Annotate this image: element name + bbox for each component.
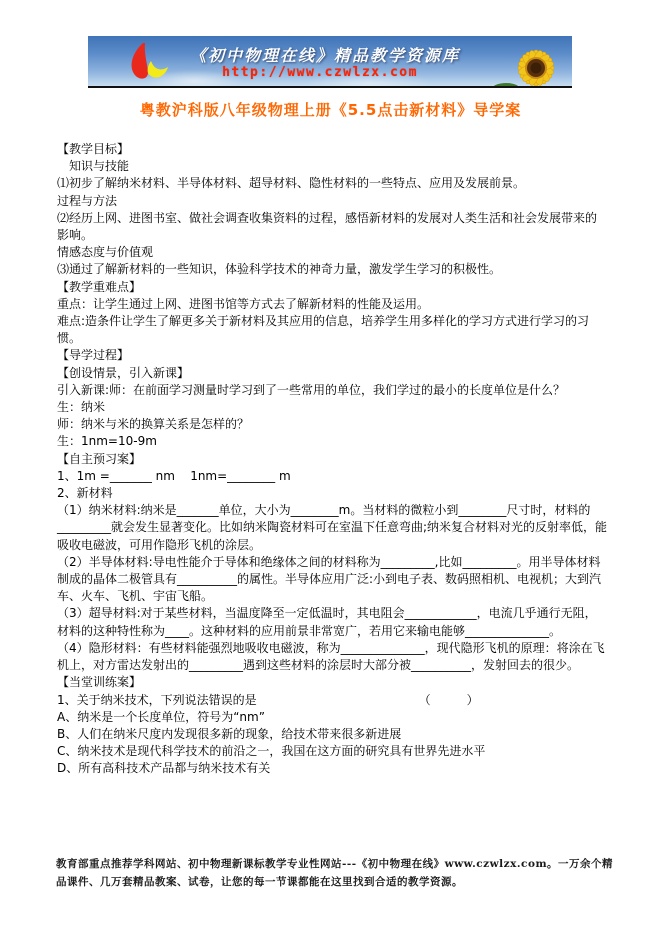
doc-paragraph: ⑵经历上网、进图书室、做社会调查收集资料的过程，感悟新材料的发展对人类生活和社会… (57, 210, 608, 244)
doc-paragraph: 【创设情景，引入新课】 (57, 365, 608, 382)
doc-paragraph: 过程与方法 (57, 193, 608, 210)
doc-paragraph: （3）超导材料:对于某些材料，当温度降至一定低温时，其电阻会__________… (57, 605, 608, 639)
doc-paragraph: 知识与技能 (57, 158, 608, 175)
doc-paragraph: ⑶通过了解新材料的一些知识，体验科学技术的神奇力量，激发学生学习的积极性。 (57, 261, 608, 278)
doc-paragraph: C、纳米技术是现代科学技术的前沿之一，我国在这方面的研究具有世界先进水平 (57, 743, 608, 760)
doc-paragraph: 生：1nm=10-9m (57, 433, 608, 450)
sunflower-icon (494, 40, 570, 88)
doc-paragraph: D、所有高科技术产品都与纳米技术有关 (57, 760, 608, 777)
doc-paragraph: 【自主预习案】 (57, 451, 608, 468)
site-banner: 《初中物理在线》精品教学资源库 http://www.czwlzx.com (88, 36, 572, 88)
doc-paragraph: 情感态度与价值观 (57, 244, 608, 261)
doc-paragraph: 引入新课:师：在前面学习测量时学习到了一些常用的单位，我们学过的最小的长度单位是… (57, 382, 608, 399)
banner-site-url-link[interactable]: http://www.czwlzx.com (158, 65, 482, 80)
doc-paragraph: 师：纳米与米的换算关系是怎样的？ (57, 416, 608, 433)
doc-paragraph: ⑴初步了解纳米材料、半导体材料、超导材料、隐性材料的一些特点、应用及发展前景。 (57, 175, 608, 192)
doc-paragraph: 2、新材料 (57, 485, 608, 502)
document-title: 粤教沪科版八年级物理上册《5.5点击新材料》导学案 (0, 99, 661, 120)
doc-paragraph: 1、1m =_______ nm 1nm=________ m (57, 468, 608, 485)
doc-paragraph: 生：纳米 (57, 399, 608, 416)
doc-paragraph: 【当堂训练案】 (57, 674, 608, 691)
doc-paragraph: 【导学过程】 (57, 347, 608, 364)
doc-paragraph: 【教学重难点】 (57, 279, 608, 296)
doc-paragraph: 1、关于纳米技术，下列说法错误的是 （ ） (57, 692, 608, 709)
doc-paragraph: 难点:造条件让学生了解更多关于新材料及其应用的信息，培养学生用多样化的学习方式进… (57, 313, 608, 347)
document-page: 《初中物理在线》精品教学资源库 http://www.czwlzx.com (0, 0, 661, 936)
doc-paragraph: 重点：让学生通过上网、进图书馆等方式去了解新材料的性能及运用。 (57, 296, 608, 313)
document-body: 【教学目标】 知识与技能⑴初步了解纳米材料、半导体材料、超导材料、隐性材料的一些… (57, 141, 608, 778)
doc-paragraph: B、人们在纳米尺度内发现很多新的现象，给技术带来很多新进展 (57, 726, 608, 743)
doc-paragraph: 【教学目标】 (57, 141, 608, 158)
doc-paragraph: （1）纳米材料:纳米是_______单位，大小为________m。当材料的微粒… (57, 502, 608, 554)
banner-site-title: 《初中物理在线》精品教学资源库 (158, 43, 492, 66)
doc-paragraph: A、纳米是一个长度单位，符号为“nm” (57, 709, 608, 726)
doc-paragraph: （4）隐形材料：有些材料能强烈地吸收电磁波，称为______________，现… (57, 640, 608, 674)
footer-promo-text: 教育部重点推荐学科网站、初中物理新课标教学专业性网站---《初中物理在线》www… (56, 856, 624, 891)
doc-paragraph: （2）半导体材料:导电性能介于导体和绝缘体之间的材料称为_________,比如… (57, 554, 608, 606)
